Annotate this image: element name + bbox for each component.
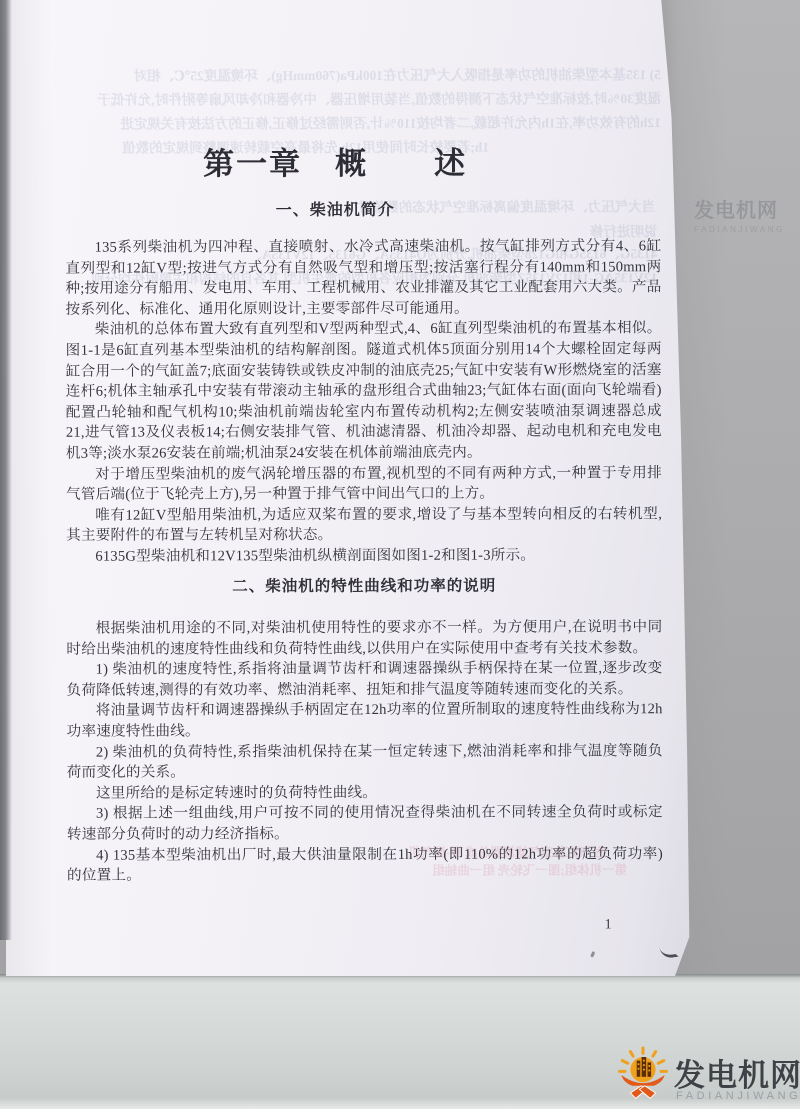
paragraph: 唯有12缸V型船用柴油机,为适应双桨布置的要求,增设了与基本型转向相反的右转机型… (66, 504, 662, 547)
paragraph: 根据柴油机用途的不同,对柴油机使用特性的要求亦不一样。为方便用户,在说明书中同时… (66, 617, 662, 660)
section-1-heading: 一、柴油机简介 (5, 196, 665, 221)
watermark-bottom: 发电机网 FADIANJIWANG (616, 1042, 800, 1109)
scan-speck (590, 951, 595, 958)
paragraph: 135系列柴油机为四冲程、直接喷射、水冷式高速柴油机。按气缸排列方式分有4、6缸… (65, 236, 661, 320)
paragraph: 4) 135基本型柴油机出厂时,最大供油量限制在1h功率(即110%的12h功率… (67, 844, 663, 887)
sun-buildings-handshake-icon (616, 1044, 670, 1109)
bleedthrough-line: 12h的有效功率,在1h内允许超载,二者均按110%计,否则需经过修正,修正的方… (69, 111, 661, 133)
page-content-area: 5) 135基本型柴油机的功率是指吸入大气压力在100kPa(760mmHg)、… (5, 0, 692, 977)
book-page-scan: 5) 135基本型柴油机的功率是指吸入大气压力在100kPa(760mmHg)、… (6, 0, 690, 976)
paragraph: 1) 柴油机的速度特性,系指将油量调节齿杆和调速器操纵手柄保持在某一位置,逐步改… (66, 658, 662, 701)
paragraph: 对于增压型柴油机的废气涡轮增压器的布置,视机型的不同有两种方式,一种置于专用排气… (66, 463, 662, 506)
paragraph: 2) 柴油机的负荷特性,系指柴油机保持在某一恒定转速下,燃油消耗率和排气温度等随… (67, 741, 663, 784)
paragraph: 柴油机的总体布置大致有直列型和V型两种型式,4、6缸直列型柴油机的布置基本相似。… (66, 319, 662, 465)
watermark-en-text: FADIANJIWANG (694, 225, 798, 234)
watermark-cn-text: 发电机网 (674, 1050, 800, 1095)
paragraph: 6135G型柴油机和12V135型柴油机纵横剖面图如图1-2和图1-3所示。 (66, 545, 662, 567)
bleedthrough-line: 5) 135基本型柴油机的功率是指吸入大气压力在100kPa(760mmHg)、… (69, 63, 661, 85)
page-number: 1 (593, 917, 623, 933)
section-2-heading: 二、柴油机的特性曲线和功率的说明 (66, 576, 662, 598)
book-gutter-shadow (0, 0, 12, 940)
paragraph: 这里所给的是标定转速时的负荷特性曲线。 (67, 782, 663, 804)
paragraph: 3) 根据上述一组曲线,用户可按不同的使用情况查得柴油机在不同转速全负荷时或标定… (67, 803, 663, 846)
paragraph: 将油量调节齿杆和调速器操纵手柄固定在12h功率的位置所制取的速度特性曲线称为12… (67, 700, 663, 743)
watermark-en-text: FADIANJIWANG (676, 1090, 800, 1102)
body-text: 135系列柴油机为四冲程、直接喷射、水冷式高速柴油机。按气缸排列方式分有4、6缸… (65, 236, 663, 886)
watermark-cn-text: 发电机网 (694, 194, 798, 223)
bleedthrough-line: 湿度30%时,按标准空气状态下测得的数值,当装用增压器、中冷器和冷却风扇等附件时… (69, 87, 661, 109)
watermark-top: 发电机网 FADIANJIWANG (694, 194, 798, 234)
chapter-title: 第一章 概 述 (5, 137, 665, 184)
